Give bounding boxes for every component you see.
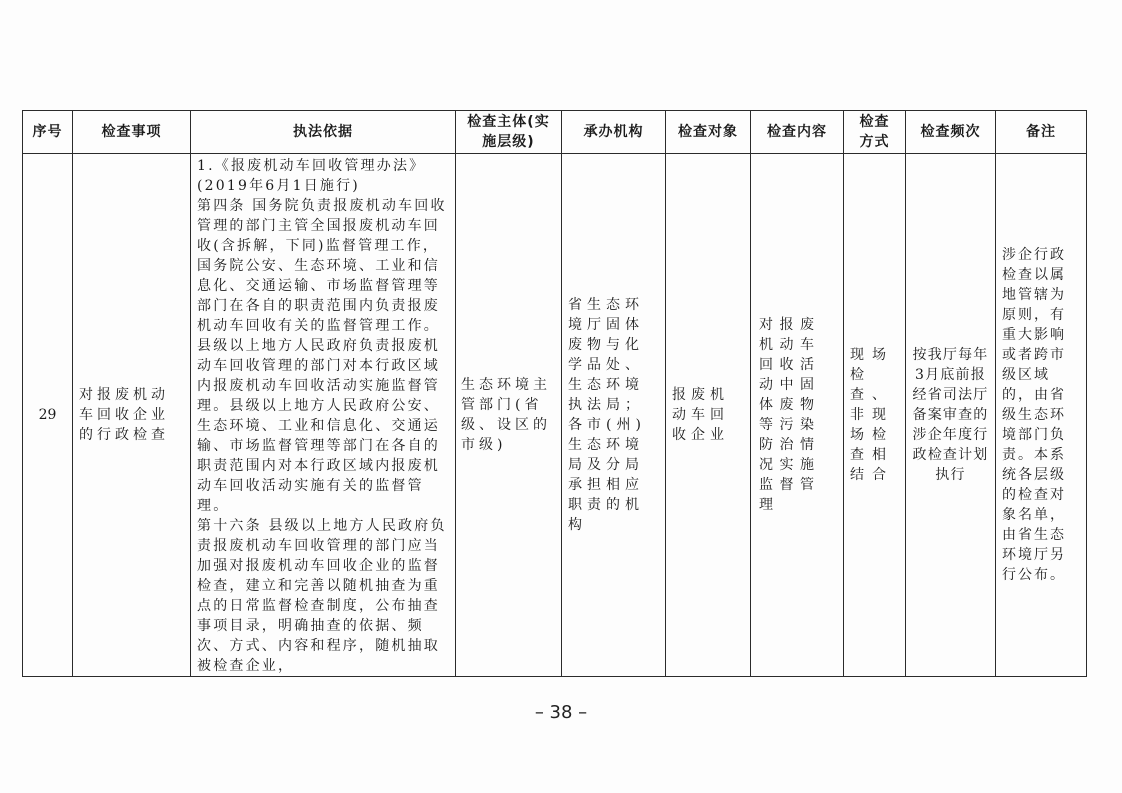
basis-paragraph: 1.《报废机动车回收管理办法》(2019年6月1日施行) — [197, 156, 451, 196]
cell-method: 现场检查、非现场检查相结合 — [844, 154, 906, 677]
header-frequency: 检查频次 — [906, 111, 996, 154]
header-basis: 执法依据 — [191, 111, 456, 154]
header-content: 检查内容 — [751, 111, 844, 154]
inspection-table: 序号 检查事项 执法依据 检查主体(实施层级) 承办机构 检查对象 检查内容 检… — [22, 110, 1087, 677]
header-subject: 检查主体(实施层级) — [456, 111, 562, 154]
cell-seq: 29 — [23, 154, 73, 677]
header-target: 检查对象 — [666, 111, 751, 154]
header-note: 备注 — [996, 111, 1087, 154]
table-row: 29 对报废机动车回收企业的行政检查 1.《报废机动车回收管理办法》(2019年… — [23, 154, 1087, 677]
cell-note: 涉企行政检查以属地管辖为原则，有重大影响或者跨市级区域的，由省级生态环境部门负责… — [996, 154, 1087, 677]
cell-org: 省生态环境厅固体废物与化学品处、生态环境执法局；各市(州)生态环境局及分局承担相… — [562, 154, 666, 677]
header-method: 检查方式 — [844, 111, 906, 154]
basis-paragraph: 第十六条 县级以上地方人民政府负责报废机动车回收管理的部门应当加强对报废机动车回… — [197, 516, 451, 676]
header-org: 承办机构 — [562, 111, 666, 154]
cell-frequency: 按我厅每年3月底前报经省司法厅备案审查的涉企年度行政检查计划执行 — [906, 154, 996, 677]
cell-basis: 1.《报废机动车回收管理办法》(2019年6月1日施行) 第四条 国务院负责报废… — [191, 154, 456, 677]
basis-paragraph: 县级以上地方人民政府负责报废机动车回收管理的部门对本行政区域内报废机动车回收活动… — [197, 336, 451, 516]
table-header-row: 序号 检查事项 执法依据 检查主体(实施层级) 承办机构 检查对象 检查内容 检… — [23, 111, 1087, 154]
cell-subject: 生态环境主管部门(省级、设区的市级) — [456, 154, 562, 677]
page-number: – 38 – — [0, 702, 1122, 723]
basis-paragraph: 第四条 国务院负责报废机动车回收管理的部门主管全国报废机动车回收(含拆解，下同)… — [197, 196, 451, 336]
document-page: 序号 检查事项 执法依据 检查主体(实施层级) 承办机构 检查对象 检查内容 检… — [0, 0, 1122, 793]
header-item: 检查事项 — [73, 111, 191, 154]
cell-content: 对报废机动车回收活动中固体废物等污染防治情况实施监督管理 — [751, 154, 844, 677]
cell-target: 报废机动车回收企业 — [666, 154, 751, 677]
header-seq: 序号 — [23, 111, 73, 154]
cell-item: 对报废机动车回收企业的行政检查 — [73, 154, 191, 677]
